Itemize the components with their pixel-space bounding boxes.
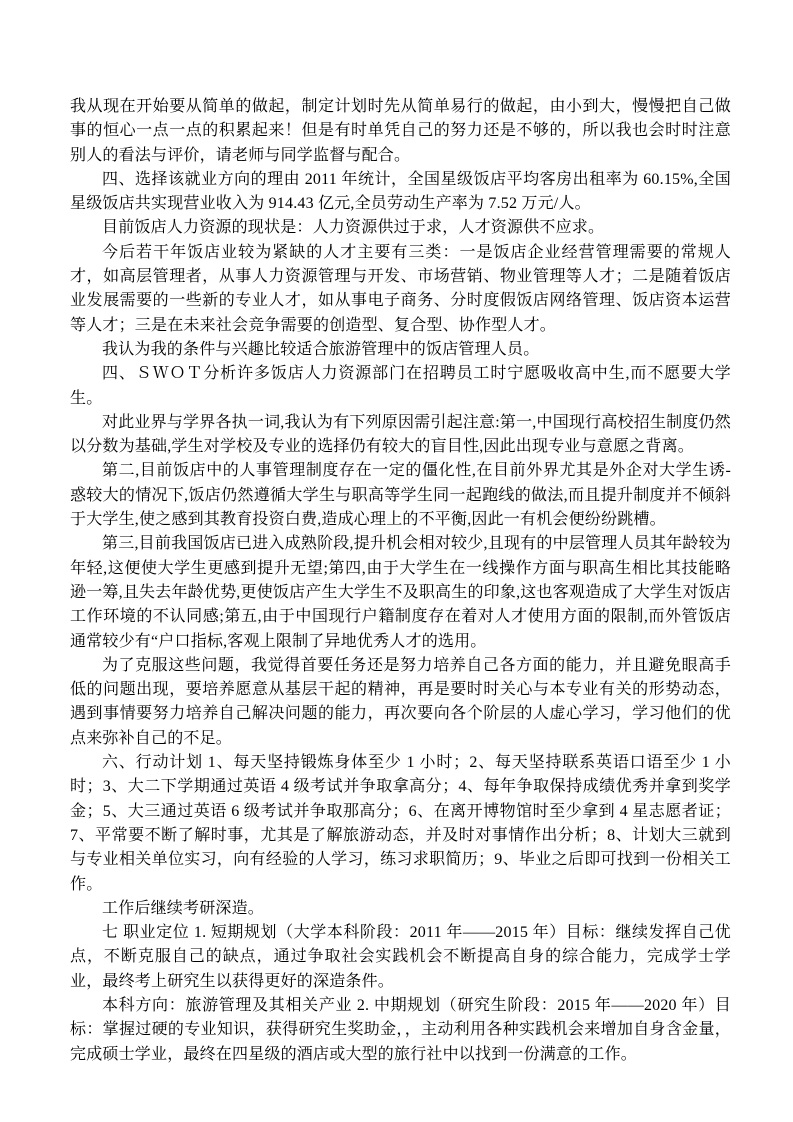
paragraph-4: 今后若干年饭店业较为紧缺的人才主要有三类：一是饭店企业经营管理需要的常规人才，如… — [70, 241, 731, 338]
document-page: 我从现在开始要从简单的做起，制定计划时先从简单易行的做起，由小到大，慢慢把自己做… — [0, 0, 793, 1122]
paragraph-2: 四、选择该就业方向的理由 2011 年统计，全国星级饭店平均客房出租率为 60.… — [70, 168, 731, 217]
paragraph-3: 目前饭店人力资源的现状是：人力资源供过于求，人才资源供不应求。 — [70, 216, 731, 240]
paragraph-8: 第二,目前饭店中的人事管理制度存在一定的僵化性,在目前外界尤其是外企对大学生诱-… — [70, 459, 731, 532]
paragraph-14: 本科方向：旅游管理及其相关产业 2. 中期规划（研究生阶段：2015 年——20… — [70, 994, 731, 1067]
document-body: 我从现在开始要从简单的做起，制定计划时先从简单易行的做起，由小到大，慢慢把自己做… — [70, 95, 731, 1067]
paragraph-6: 四、ＳＷＯＴ分析许多饭店人力资源部门在招聘员工时宁愿吸收高中生,而不愿要大学生。 — [70, 362, 731, 411]
paragraph-11: 六、行动计划 1、每天坚持锻炼身体至少 1 小时；2、每天坚持联系英语口语至少 … — [70, 751, 731, 897]
paragraph-13: 七 职业定位 1. 短期规划（大学本科阶段：2011 年——2015 年）目标：… — [70, 921, 731, 994]
paragraph-12: 工作后继续考研深造。 — [70, 897, 731, 921]
paragraph-5: 我认为我的条件与兴趣比较适合旅游管理中的饭店管理人员。 — [70, 338, 731, 362]
paragraph-10: 为了克服这些问题，我觉得首要任务还是努力培养自己各方面的能力，并且避免眼高手低的… — [70, 654, 731, 751]
paragraph-9: 第三,目前我国饭店已进入成熟阶段,提升机会相对较少,且现有的中层管理人员其年龄较… — [70, 532, 731, 653]
paragraph-1: 我从现在开始要从简单的做起，制定计划时先从简单易行的做起，由小到大，慢慢把自己做… — [70, 95, 731, 168]
paragraph-7: 对此业界与学界各执一词,我认为有下列原因需引起注意:第一,中国现行高校招生制度仍… — [70, 411, 731, 460]
